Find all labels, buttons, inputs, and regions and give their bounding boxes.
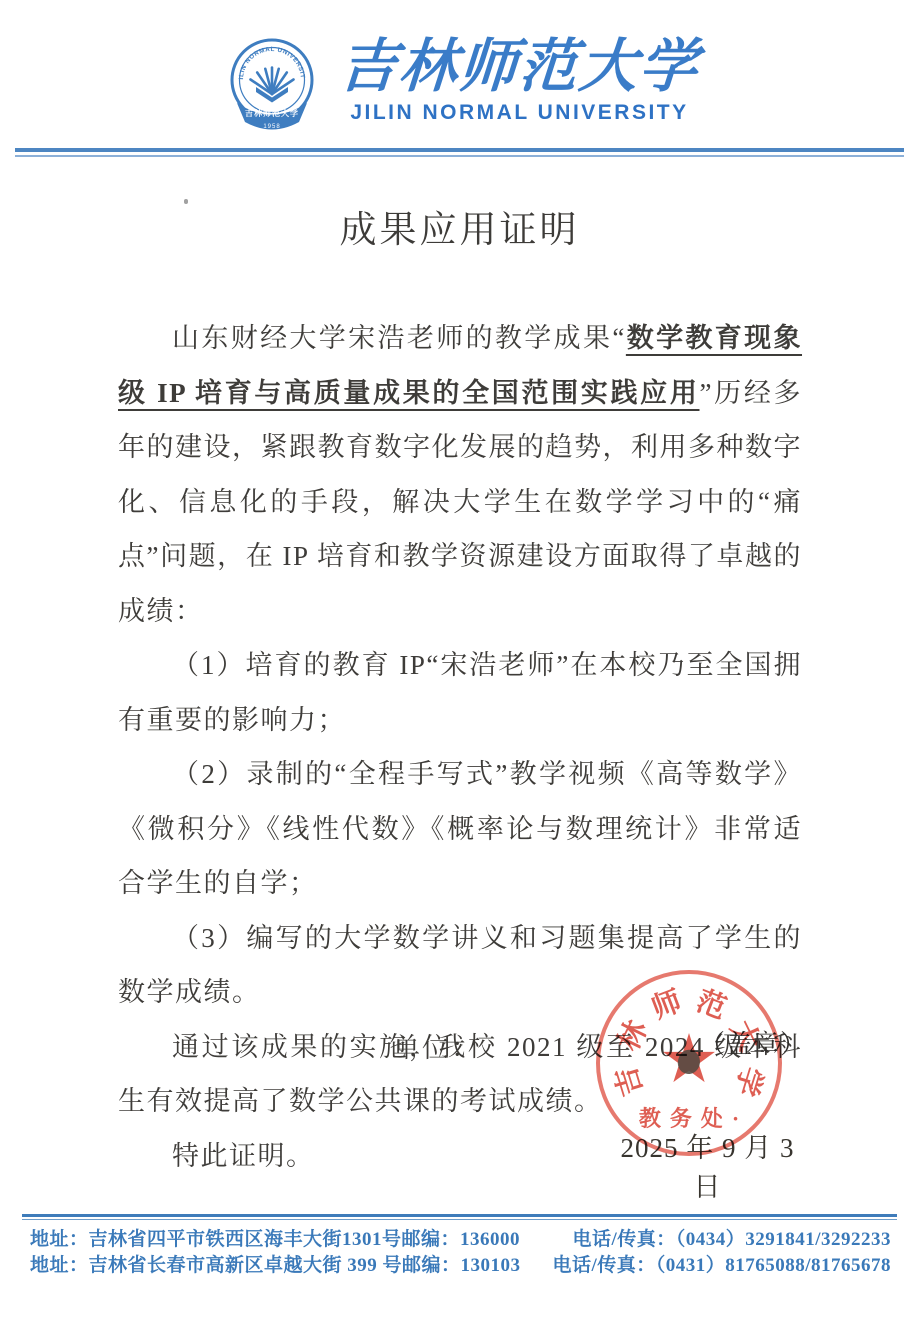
intro-suffix: ”历经多年的建设，紧跟教育数字化发展的趋势，利用多种数字化、信息化的手段，解决大… [118, 378, 802, 626]
seal-ring-char: 林 [612, 1014, 655, 1057]
letterhead-divider-thick [15, 148, 904, 152]
footer-row-siping: 地址：吉林省四平市铁西区海丰大街1301号 邮编：136000 电话/传真：（0… [30, 1227, 891, 1253]
paragraph-item-2: （2）录制的“全程手写式”教学视频《高等数学》《微积分》《线性代数》《概率论与数… [118, 747, 802, 911]
footer-postal-code: 邮编：136000 [402, 1227, 573, 1253]
footer-address: 地址：吉林省四平市铁西区海丰大街1301号 [30, 1227, 402, 1253]
university-name-english: JILIN NORMAL UNIVERSITY [350, 101, 688, 125]
footer-contact-rows: 地址：吉林省四平市铁西区海丰大街1301号 邮编：136000 电话/传真：（0… [30, 1227, 891, 1279]
document-title: 成果应用证明 [0, 199, 919, 253]
seal-ring-char: 学 [728, 1061, 768, 1101]
footer-postal-code: 邮编：130103 [402, 1253, 552, 1279]
university-name-chinese: 吉林师范大学 [337, 34, 702, 100]
intro-prefix: 山东财经大学宋浩老师的教学成果“ [172, 323, 626, 353]
emblem-year-text: 1958 [264, 124, 281, 130]
footer-divider-thin [22, 1219, 897, 1220]
seal-ring-char: 师 [646, 984, 687, 1025]
university-emblem-icon: JILIN NORMAL UNIVERSITY 吉林师范大学 1958 [219, 36, 325, 138]
seal-ring-char: 吉 [610, 1061, 650, 1101]
official-seal: 吉 林 师 范 大 学 教务处· [596, 970, 782, 1156]
emblem-banner-text: 吉林师范大学 [245, 108, 299, 118]
letterhead-divider-thin [15, 155, 904, 157]
scan-artifact-dot [184, 199, 188, 204]
unit-label: 单位： [393, 1026, 480, 1065]
paragraph-item-1: （1）培育的教育 IP“宋浩老师”在本校乃至全国拥有重要的影响力； [118, 638, 802, 747]
document-page: JILIN NORMAL UNIVERSITY 吉林师范大学 1958 吉林师范 [0, 0, 919, 1325]
seal-department-text: 教务处· [600, 1102, 778, 1133]
footer-phone-fax: 电话/传真：（0434）3291841/3292233 [572, 1227, 891, 1253]
seal-ring-char: 大 [723, 1014, 766, 1057]
letterhead: JILIN NORMAL UNIVERSITY 吉林师范大学 1958 吉林师范 [0, 0, 919, 157]
footer-divider-thick [22, 1214, 897, 1217]
page-footer: 地址：吉林省四平市铁西区海丰大街1301号 邮编：136000 电话/传真：（0… [0, 1214, 919, 1279]
university-names: 吉林师范大学 JILIN NORMAL UNIVERSITY [339, 34, 699, 125]
footer-phone-fax: 电话/传真：（0431）81765088/81765678 [552, 1253, 891, 1279]
seal-ring-char: 范 [691, 984, 732, 1025]
footer-row-changchun: 地址：吉林省长春市高新区卓越大街 399 号 邮编：130103 电话/传真：（… [30, 1253, 891, 1279]
footer-address: 地址：吉林省长春市高新区卓越大街 399 号 [30, 1253, 402, 1279]
paragraph-intro: 山东财经大学宋浩老师的教学成果“数学教育现象级 IP 培育与高质量成果的全国范围… [118, 311, 802, 638]
university-brand: JILIN NORMAL UNIVERSITY 吉林师范大学 1958 吉林师范 [0, 34, 919, 138]
